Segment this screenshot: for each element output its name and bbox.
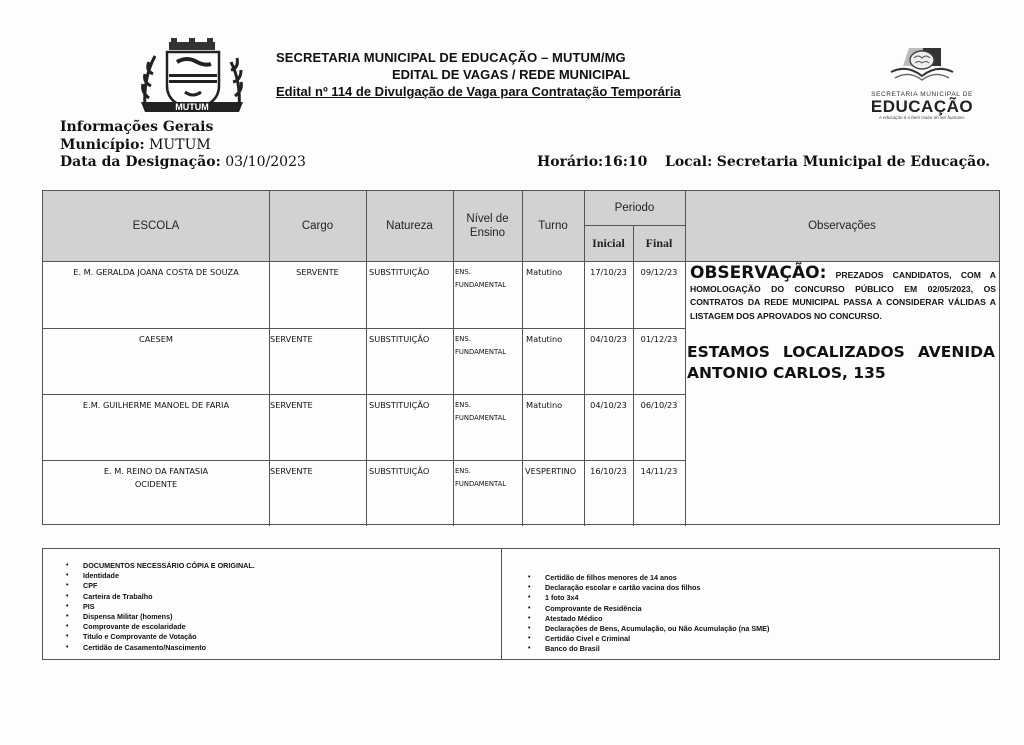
row2-cargo: SERVENTE bbox=[270, 333, 313, 346]
list-item: Dispensa Militar (homens) bbox=[43, 612, 255, 622]
row4-cargo: SERVENTE bbox=[270, 465, 313, 478]
row1-natureza: SUBSTITUIÇÃO bbox=[369, 266, 429, 279]
header-observacoes: Observações bbox=[685, 191, 999, 261]
row1-final: 09/12/23 bbox=[633, 266, 685, 279]
sme-education-logo: SECRETARIA MUNICIPAL DE EDUCAÇÃO A educa… bbox=[862, 46, 982, 128]
list-item: Atestado Médico bbox=[505, 614, 769, 624]
row1-nivel: ENS.FUNDAMENTAL bbox=[455, 266, 506, 292]
row2-final: 01/12/23 bbox=[633, 333, 685, 346]
municipio-value: MUTUM bbox=[149, 137, 211, 153]
row2-escola: CAESEM bbox=[43, 333, 269, 346]
row1-inicial: 17/10/23 bbox=[584, 266, 633, 279]
row2-inicial: 04/10/23 bbox=[584, 333, 633, 346]
row4-natureza: SUBSTITUIÇÃO bbox=[369, 465, 429, 478]
required-documents-box: DOCUMENTOS NECESSÁRIO CÓPIA E ORIGINAL. … bbox=[42, 548, 1000, 660]
document-subtitle: EDITAL DE VAGAS / REDE MUNICIPAL bbox=[392, 67, 630, 82]
row2-natureza: SUBSTITUIÇÃO bbox=[369, 333, 429, 346]
observacao-notice: OBSERVAÇÃO: PREZADOS CANDIDATOS, COM A H… bbox=[690, 267, 996, 323]
municipal-crest-logo: MUTUM bbox=[135, 38, 250, 120]
coat-of-arms-icon: MUTUM bbox=[135, 38, 250, 120]
sme-logo-name: EDUCAÇÃO bbox=[862, 98, 982, 115]
header-cargo: Cargo bbox=[269, 191, 366, 261]
list-item: Carteira de Trabalho bbox=[43, 592, 255, 602]
address-line: ANTONIO CARLOS, 135 bbox=[687, 363, 995, 384]
row4-turno: VESPERTINO bbox=[525, 465, 576, 478]
brain-book-icon bbox=[887, 46, 957, 84]
list-item: 1 foto 3x4 bbox=[505, 593, 769, 603]
documents-list-right: Certidão de filhos menores de 14 anos De… bbox=[505, 573, 769, 655]
list-item: CPF bbox=[43, 581, 255, 591]
info-municipio: Município: MUTUM bbox=[60, 136, 211, 154]
header-periodo: Periodo bbox=[584, 191, 685, 225]
info-data-designacao: Data da Designação: 03/10/2023 bbox=[60, 153, 306, 171]
edital-title: Edital nº 114 de Divulgação de Vaga para… bbox=[276, 84, 681, 99]
list-item: PIS bbox=[43, 602, 255, 612]
list-item: Titulo e Comprovante de Votação bbox=[43, 632, 255, 642]
header-natureza: Natureza bbox=[366, 191, 453, 261]
row4-inicial: 16/10/23 bbox=[584, 465, 633, 478]
sme-logo-tagline: A educação é o bem maior do ser humano. bbox=[862, 115, 982, 120]
list-item: Banco do Brasil bbox=[505, 644, 769, 654]
row3-turno: Matutino bbox=[526, 399, 562, 412]
header-nivel-ensino: Nível de Ensino bbox=[465, 191, 510, 261]
horario-value: 16:10 bbox=[603, 154, 647, 170]
list-item: Declaração escolar e cartão vacina dos f… bbox=[505, 583, 769, 593]
row1-escola: E. M. GERALDA JOANA COSTA DE SOUZA bbox=[43, 266, 269, 279]
list-item: Comprovante de escolaridade bbox=[43, 622, 255, 632]
row3-cargo: SERVENTE bbox=[270, 399, 313, 412]
row3-nivel: ENS.FUNDAMENTAL bbox=[455, 399, 506, 425]
info-section-title: Informações Gerais bbox=[60, 118, 213, 136]
list-item: Identidade bbox=[43, 571, 255, 581]
row3-final: 06/10/23 bbox=[633, 399, 685, 412]
header-final: Final bbox=[633, 225, 685, 261]
documents-list-left: DOCUMENTOS NECESSÁRIO CÓPIA E ORIGINAL. … bbox=[43, 561, 255, 653]
data-designacao-value: 03/10/2023 bbox=[225, 154, 306, 170]
observacao-lead: OBSERVAÇÃO: bbox=[690, 263, 826, 283]
list-item: Certidão de Casamento/Nascimento bbox=[43, 643, 255, 653]
row4-nivel: ENS.FUNDAMENTAL bbox=[455, 465, 506, 491]
row3-escola: E.M. GUILHERME MANOEL DE FARIA bbox=[43, 399, 269, 412]
info-horario: Horário:16:10 bbox=[537, 153, 647, 171]
list-item: DOCUMENTOS NECESSÁRIO CÓPIA E ORIGINAL. bbox=[43, 561, 255, 571]
row2-nivel: ENS.FUNDAMENTAL bbox=[455, 333, 506, 359]
row1-cargo: SERVENTE bbox=[269, 266, 366, 279]
document-title: SECRETARIA MUNICIPAL DE EDUCAÇÃO – MUTUM… bbox=[276, 50, 626, 65]
list-item: Certidão de filhos menores de 14 anos bbox=[505, 573, 769, 583]
row4-final: 14/11/23 bbox=[633, 465, 685, 478]
header-escola: ESCOLA bbox=[43, 191, 269, 261]
address-notice: ESTAMOS LOCALIZADOS AVENIDA ANTONIO CARL… bbox=[687, 342, 995, 384]
list-item: Declarações de Bens, Acumulação, ou Não … bbox=[505, 624, 769, 634]
header-turno: Turno bbox=[522, 191, 584, 261]
row3-inicial: 04/10/23 bbox=[584, 399, 633, 412]
local-value: Secretaria Municipal de Educação. bbox=[717, 154, 990, 170]
row4-escola: E. M. REINO DA FANTASIAOCIDENTE bbox=[43, 465, 269, 491]
row3-natureza: SUBSTITUIÇÃO bbox=[369, 399, 429, 412]
svg-text:MUTUM: MUTUM bbox=[175, 102, 209, 112]
header-inicial: Inicial bbox=[584, 225, 633, 261]
info-local: Local: Secretaria Municipal de Educação. bbox=[665, 153, 990, 171]
row2-turno: Matutino bbox=[526, 333, 562, 346]
row1-turno: Matutino bbox=[526, 266, 562, 279]
list-item: Certidão Civel e Criminal bbox=[505, 634, 769, 644]
list-item: Comprovante de Residência bbox=[505, 604, 769, 614]
